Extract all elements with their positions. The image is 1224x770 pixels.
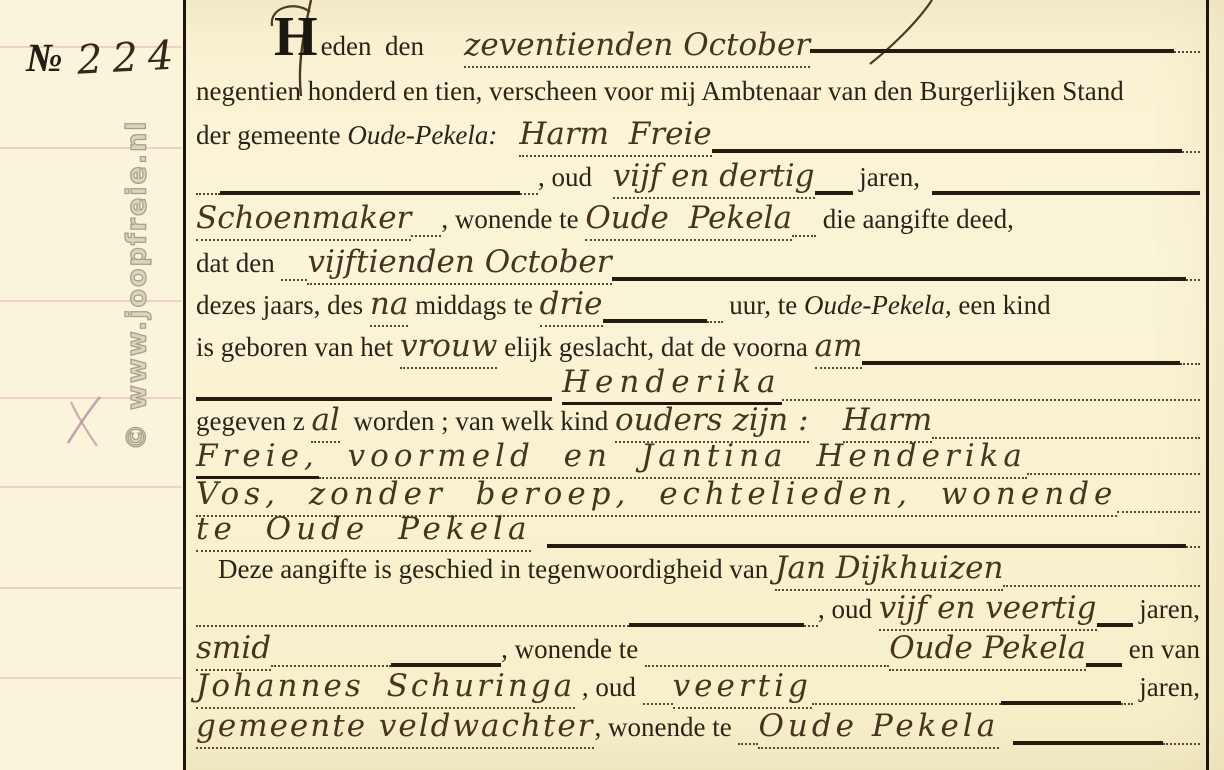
ruled-line: [0, 677, 182, 679]
handwritten-name: Harm Freie: [519, 116, 711, 157]
solid-fill-line: [1097, 622, 1133, 627]
form-line: , oud vijf en dertig jaren,: [196, 158, 1200, 202]
dotted-fill-line: [643, 702, 673, 705]
printed-text: en van: [1122, 634, 1200, 665]
printed-text: negentien honderd en tien, verscheen voo…: [196, 76, 1124, 107]
form-line: der gemeente Oude-Pekela: Harm Freie: [196, 116, 1200, 160]
dotted-fill-line: [281, 278, 307, 281]
handwritten-text: al: [311, 402, 339, 443]
record-number-value: 224: [75, 32, 184, 84]
solid-fill-line: [1001, 700, 1121, 705]
form-line: Schoenmaker , wonende te Oude Pekela die…: [196, 200, 1200, 244]
solid-fill-line: [629, 622, 804, 627]
numero-symbol: №: [26, 35, 63, 80]
dotted-fill-line: [1186, 545, 1200, 548]
left-margin: [0, 0, 183, 770]
handwritten-place: Oude Pekela: [889, 630, 1086, 671]
handwritten-witness2-occupation: gemeente veldwachter: [196, 708, 594, 749]
dotted-fill-line: [812, 702, 1001, 705]
handwritten-witness2-age: veertig: [673, 668, 812, 709]
form-line: Johannes Schuringa , oud veertig jaren,: [196, 668, 1200, 712]
form-line: , oud vijf en veertig jaren,: [196, 590, 1200, 634]
ruled-line: [0, 486, 182, 488]
dotted-fill-line: [196, 192, 220, 195]
printed-text: , oud: [538, 162, 599, 193]
dotted-fill-line: [1186, 278, 1200, 281]
printed-text: Deze aangifte is geschied in tegenwoordi…: [218, 554, 775, 585]
handwritten-text: ouders zijn :: [615, 402, 809, 443]
form-line: H eden den zeventienden October: [196, 16, 1200, 60]
solid-fill-line: [712, 148, 1182, 153]
printed-text: , oud: [818, 594, 879, 625]
ruled-line: [0, 147, 182, 149]
printed-text: middags te: [408, 290, 539, 321]
dotted-fill-line: [782, 398, 1200, 401]
dotted-fill-line: [1003, 584, 1200, 587]
handwritten-witness1-name: Jan Dijkhuizen: [775, 550, 1003, 591]
solid-fill-line: [810, 48, 1174, 53]
form-line: dat den vijftienden October: [196, 244, 1200, 288]
solid-fill-line: [391, 662, 501, 667]
dotted-fill-line: [738, 742, 758, 745]
solid-fill-line: [603, 318, 707, 323]
printed-text: eden den: [321, 31, 424, 62]
printed-text: is geboren van het: [196, 332, 400, 363]
printed-text: een kind: [952, 290, 1051, 321]
solid-fill-line: [196, 396, 552, 401]
dotted-fill-line: [707, 320, 723, 323]
dotted-fill-line: [1182, 150, 1200, 153]
handwritten-hour: drie: [540, 286, 603, 327]
handwritten-gender: vrouw: [400, 328, 498, 369]
printed-text: , wonende te: [501, 634, 645, 665]
printed-text: der gemeente: [196, 120, 347, 151]
dotted-fill-line: [645, 664, 889, 667]
dotted-fill-line: [792, 234, 816, 237]
watermark: © www.joopfreie.nl: [122, 119, 153, 450]
dotted-fill-line: [411, 234, 441, 237]
solid-fill-line: [547, 543, 1186, 548]
printed-text: jaren,: [853, 162, 920, 193]
form-line: te Oude Pekela: [196, 511, 1200, 555]
handwritten-father-firstname: Harm: [843, 402, 933, 443]
dotted-fill-line: [804, 624, 818, 627]
printed-text: gegeven z: [196, 406, 311, 437]
birth-record-scan: № 224 © www.joopfreie.nl H eden den zeve…: [0, 0, 1224, 770]
handwritten-father-surname: Freie,: [196, 438, 319, 479]
solid-fill-line: [1013, 740, 1163, 745]
dotted-fill-line: [1163, 742, 1200, 745]
printed-text: uur, te: [723, 290, 804, 321]
form-line: dezes jaars, des na middags te drie uur,…: [196, 286, 1200, 330]
printed-text: dezes jaars, des: [196, 290, 370, 321]
handwritten-occupation: Schoenmaker: [196, 200, 411, 241]
printed-text: jaren,: [1133, 672, 1200, 703]
solid-fill-line: [220, 190, 520, 195]
handwritten-child-name: Henderika: [562, 364, 782, 405]
handwritten-witness1-age: vijf en veertig: [879, 590, 1097, 631]
printed-text: worden ; van welk kind: [340, 406, 615, 437]
handwritten-residence: te Oude Pekela: [196, 511, 531, 552]
dotted-fill-line: [1121, 702, 1133, 705]
handwritten-date: zeventienden October: [464, 27, 810, 68]
dotted-fill-line: [1027, 472, 1200, 475]
printed-text: jaren,: [1133, 594, 1200, 625]
printed-text-italic: Oude-Pekela:: [347, 120, 497, 151]
column-rule-right: [1206, 0, 1209, 770]
dotted-fill-line: [1174, 50, 1200, 53]
handwritten-witness1-occupation: smid: [196, 630, 271, 671]
form-line: Deze aangifte is geschied in tegenwoordi…: [196, 550, 1200, 594]
solid-fill-line: [815, 190, 853, 195]
handwritten-text: am: [815, 328, 863, 369]
printed-text: die aangifte deed,: [816, 204, 1014, 235]
printed-dropcap: H: [274, 16, 318, 58]
dotted-fill-line: [520, 192, 538, 195]
solid-fill-line: [612, 276, 1186, 281]
handwritten-place: Oude Pekela: [758, 708, 999, 749]
printed-text: dat den: [196, 248, 281, 279]
printed-text: , oud: [575, 672, 643, 703]
dotted-fill-line: [196, 624, 629, 627]
dotted-fill-line: [271, 664, 391, 667]
handwritten-parents: voormeld en Jantina Henderika: [319, 438, 1027, 479]
handwritten-date: vijftienden October: [307, 244, 611, 285]
solid-fill-line: [932, 190, 1200, 195]
ruled-line: [0, 587, 182, 589]
handwritten-witness2-name: Johannes Schuringa: [196, 668, 575, 709]
handwritten-text: na: [370, 286, 408, 327]
ruled-line: [0, 300, 182, 302]
form-line: gemeente veldwachter , wonende te Oude P…: [196, 708, 1200, 752]
handwritten-age: vijf en dertig: [613, 158, 815, 199]
pencil-cross-mark: [60, 393, 106, 449]
handwritten-place: Oude Pekela: [585, 200, 792, 241]
column-rule-left: [183, 0, 186, 770]
form-line: negentien honderd en tien, verscheen voo…: [196, 76, 1200, 120]
solid-fill-line: [1086, 662, 1122, 667]
printed-text: , wonende te: [441, 204, 585, 235]
printed-text-italic: Oude-Pekela,: [804, 290, 952, 321]
printed-text: , wonende te: [594, 712, 738, 743]
record-number: № 224: [26, 34, 183, 81]
printed-text: elijk geslacht, dat de voorna: [497, 332, 814, 363]
